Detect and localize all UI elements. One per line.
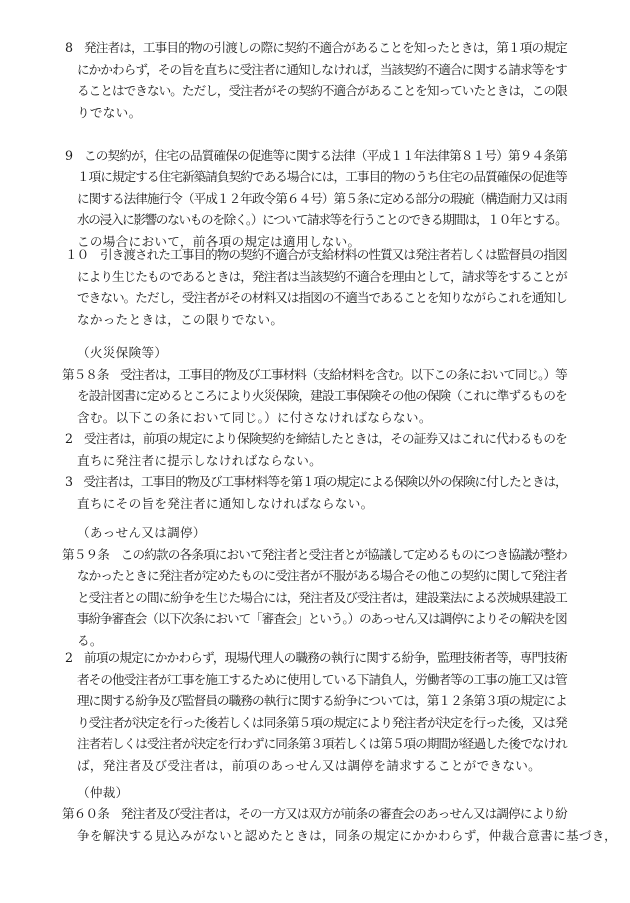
text-line: 9 この契約が，住宅の品質確保の促進等に関する法律（平成１１年法律第８１号）第９… [65,148,567,164]
text-line: なかったときは，この限りでない。 [77,312,283,328]
text-line: にかかわらず，その旨を直ちに受注者に通知しなければ，当該契約不適合に関する請求等… [77,62,567,78]
text-line: 事紛争審査会（以下次条において「審査会」という。）のあっせん又は調停によりその解… [77,611,567,627]
text-line: により生じたものであるときは，発注者は当該契約不適合を理由として，請求等をするこ… [77,269,567,285]
text-line: り受注者が決定を行った後若しくは同条第５項の規定により発注者が決定を行った後，又… [77,715,567,731]
text-line: ば，発注者及び受注者は，前項のあっせん又は調停を請求することができない。 [77,758,541,774]
text-line: を設計図書に定めるところにより火災保険，建設工事保険その他の保険（これに準ずるも… [77,388,567,404]
text-line: 理に関する紛争及び監督員の職務の執行に関する紛争については，第１２条第３項の規定… [77,693,567,709]
text-line: る。 [77,633,103,649]
text-line: 水の浸入に影響のないものを除く。）について請求等を行うことのできる期間は，１０年… [77,212,566,228]
text-line: （火災保険等） [77,345,167,361]
text-line: りでない。 [77,105,141,121]
text-line: 第６０条 発注者及び受注者は，その一方又は双方が前条の審査会のあっせん又は調停に… [62,806,567,822]
text-line: なかったときに発注者が定めたものに受注者が不服がある場合その他この契約に関して発… [77,568,567,584]
text-line: 第５８条 受注者は，工事目的物及び工事材料（支給材料を含む。以下この条において同… [62,367,567,383]
text-line: １０ 引き渡された工事目的物の契約不適合が支給材料の性質又は発注者若しくは監督員… [65,247,567,263]
text-line: 3 受注者は，工事目的物及び工事材料等を第１項の規定による保険以外の保険に付した… [65,474,567,490]
text-line: 8 発注者は，工事目的物の引渡しの際に契約不適合があることを知ったときは，第１項… [65,40,567,56]
text-line: 含む。以下この条において同じ。）に付さなければならない。 [77,410,432,426]
text-line: 第５９条 この約款の各条項において発注者と受注者とが協議して定めるものにつき協議… [62,547,567,563]
document-page: 8 発注者は，工事目的物の引渡しの際に契約不適合があることを知ったときは，第１項… [0,0,630,903]
text-line: （仲裁） [77,785,129,801]
text-line: 直ちに発注者に提示しなければならない。 [77,453,322,469]
text-line: （あっせん又は調停） [77,525,206,541]
text-line: 争を解決する見込みがないと認めたときは，同条の規定にかかわらず，仲裁合意書に基づ… [77,828,617,844]
text-line: 2 受注者は，前項の規定により保険契約を締結したときは，その証券又はこれに代わる… [65,431,567,447]
text-line: 2 前項の規定にかかわらず，現場代理人の職務の執行に関する紛争，監理技術者等，専… [65,650,567,666]
text-line: ることはできない。ただし，受注者がその契約不適合があることを知っていたときは，こ… [77,83,567,99]
text-line: できない。ただし，受注者がその材料又は指図の不適当であることを知りながらこれを通… [77,290,567,306]
text-line: 直ちにその旨を発注者に通知しなければならない。 [77,496,374,512]
text-line: １項に規定する住宅新築請負契約である場合には，工事目的物のうち住宅の品質確保の促… [77,169,567,185]
text-line: 注者若しくは受注者が決定を行わずに同条第３項若しくは第５項の期間が経過した後でな… [77,736,567,752]
text-line: に関する法律施行令（平成１２年政令第６４号）第５条に定める部分の瑕疵（構造耐力又… [77,191,567,207]
text-line: と受注者との間に紛争を生じた場合には，発注者及び受注者は，建設業法による茨城県建… [77,590,567,606]
text-line: 者その他受注者が工事を施工するために使用している下請負人，労働者等の工事の施工又… [77,672,567,688]
